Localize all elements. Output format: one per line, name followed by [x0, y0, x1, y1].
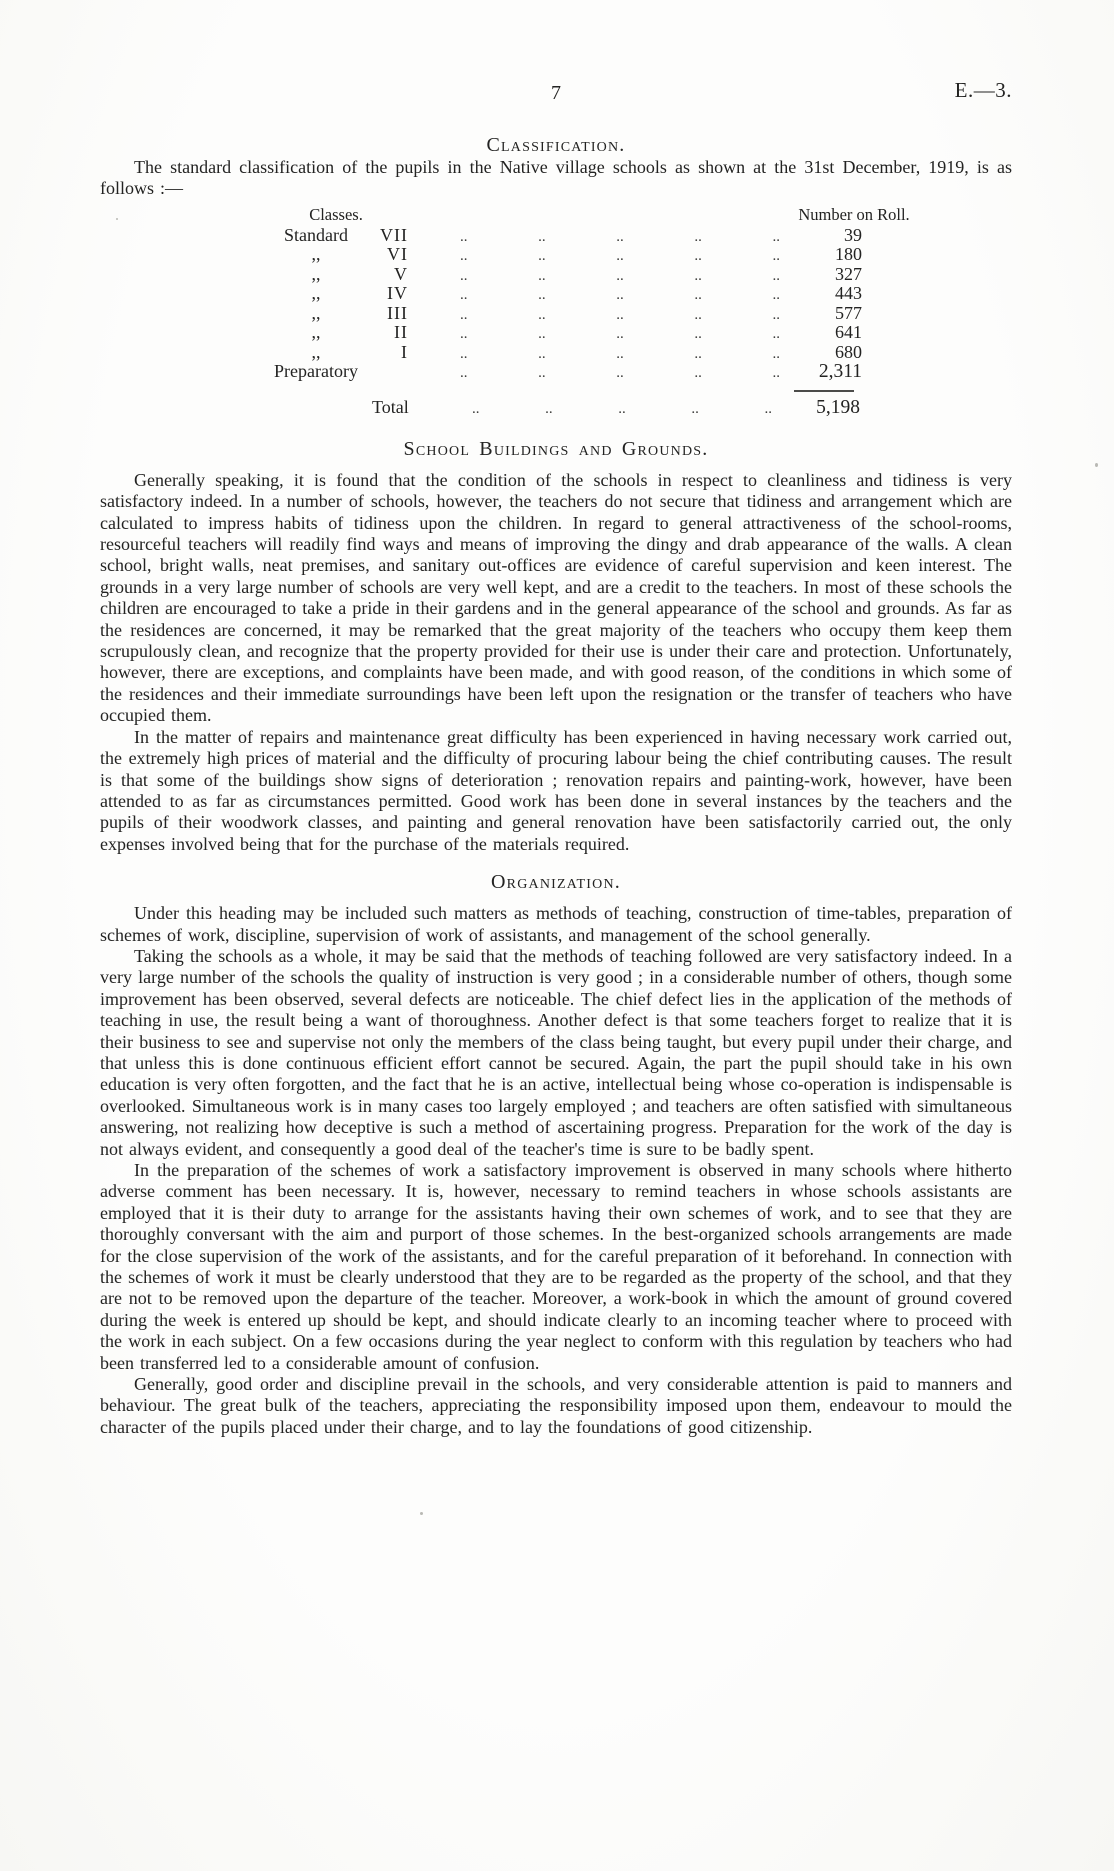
table-row: ,,I..........680: [100, 342, 1012, 362]
number-on-roll-value: 39: [780, 225, 862, 246]
classification-table: Classes. Number on Roll. StandardVII....…: [100, 205, 1012, 423]
class-numeral: V: [358, 264, 408, 285]
table-row: ,,II..........641: [100, 322, 1012, 342]
classification-heading: Classification.: [100, 134, 1012, 157]
scan-speck: [420, 1512, 423, 1515]
table-row: ,,III..........577: [100, 303, 1012, 323]
buildings-paragraph-2: In the matter of repairs and maintenance…: [100, 727, 1012, 855]
page-number: 7: [551, 82, 561, 105]
organization-paragraph-3: In the preparation of the schemes of wor…: [100, 1160, 1012, 1374]
scan-speck: [116, 218, 118, 220]
class-label-prefix: ,,: [274, 303, 358, 324]
number-on-roll-value: 680: [780, 342, 862, 363]
page-content: 7 E.—3. Classification. The standard cla…: [100, 82, 1012, 1438]
table-row: ,,IV..........443: [100, 283, 1012, 303]
number-on-roll-value: 443: [780, 283, 862, 304]
table-header-row: Classes. Number on Roll.: [100, 205, 1012, 225]
dot-leader: ..........: [460, 248, 780, 265]
class-numeral: III: [358, 303, 408, 324]
table-total-row: Total .. .. .. .. .. 5,198: [100, 397, 1012, 423]
class-label-prefix: ,,: [274, 322, 358, 343]
total-value: 5,198: [772, 397, 860, 419]
organization-heading: Organization.: [100, 871, 1012, 894]
table-row: Preparatory..........2,311: [100, 361, 1012, 381]
number-on-roll-value: 327: [780, 264, 862, 285]
buildings-heading: School Buildings and Grounds.: [100, 438, 1012, 461]
scanned-report-page: 7 E.—3. Classification. The standard cla…: [0, 0, 1114, 1871]
table-row: ,,V..........327: [100, 264, 1012, 284]
table-row: ,,VI..........180: [100, 244, 1012, 264]
class-label-prefix: ,,: [274, 244, 358, 265]
doc-header: 7 E.—3.: [100, 82, 1012, 108]
organization-paragraph-1: Under this heading may be included such …: [100, 903, 1012, 946]
class-table-rows: StandardVII..........39,,VI..........180…: [100, 225, 1012, 381]
class-numeral: IV: [358, 283, 408, 304]
dot-leader: ..........: [460, 326, 780, 343]
total-rule: [794, 390, 854, 392]
class-label-prefix: ,,: [274, 283, 358, 304]
number-on-roll-value: 180: [780, 244, 862, 265]
buildings-paragraph-1: Generally speaking, it is found that the…: [100, 470, 1012, 727]
class-numeral: VI: [358, 244, 408, 265]
class-label-prefix: ,,: [274, 264, 358, 285]
class-numeral: I: [358, 342, 408, 363]
classes-column-header: Classes.: [276, 205, 396, 225]
number-on-roll-value: 641: [780, 322, 862, 343]
dot-leader: .. .. .. .. ..: [472, 401, 772, 418]
table-row: StandardVII..........39: [100, 225, 1012, 245]
dot-leader: ..........: [460, 229, 780, 246]
class-label-prefix: Standard: [274, 225, 358, 246]
dot-leader: ..........: [460, 307, 780, 324]
total-rule-row: [100, 381, 1012, 397]
class-label-prefix: ,,: [274, 342, 358, 363]
dot-leader: ..........: [460, 346, 780, 363]
dot-leader: ..........: [460, 365, 780, 382]
class-numeral: VII: [358, 225, 408, 246]
dot-leader: ..........: [460, 268, 780, 285]
number-on-roll-value: 577: [780, 303, 862, 324]
class-label: Preparatory: [274, 361, 408, 382]
organization-paragraph-2: Taking the schools as a whole, it may be…: [100, 946, 1012, 1160]
number-on-roll-column-header: Number on Roll.: [754, 205, 954, 225]
class-numeral: II: [358, 322, 408, 343]
dot-leader: ..........: [460, 287, 780, 304]
total-label: Total: [372, 397, 420, 418]
scan-speck: [1095, 463, 1098, 467]
classification-intro: The standard classification of the pupil…: [100, 157, 1012, 200]
organization-paragraph-4: Generally, good order and discipline pre…: [100, 1374, 1012, 1438]
report-code: E.—3.: [955, 78, 1012, 103]
